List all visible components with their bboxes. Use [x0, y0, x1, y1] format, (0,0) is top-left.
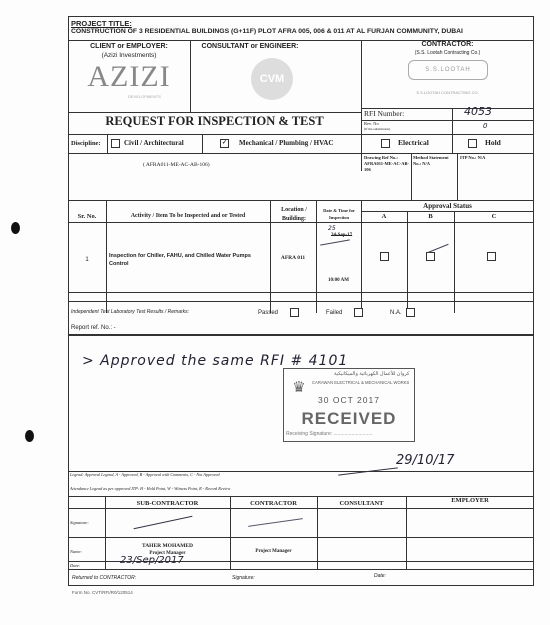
report-ref: Report ref. No.: -: [71, 325, 116, 331]
signoff-row-signature: Signature:: [70, 520, 89, 525]
footer-signature-label: Signature:: [232, 575, 255, 581]
signoff-row-date: Date:: [70, 563, 80, 568]
contractor-title: Project Manager: [230, 549, 317, 554]
rfi-form: PROJECT TITLE: CONSTRUCTION OF 3 RESIDEN…: [68, 16, 534, 600]
approval-b-checkbox-checked[interactable]: [426, 252, 435, 261]
stamp-date: 30 OCT 2017: [284, 395, 414, 405]
signoff-row-name: Name:: [70, 549, 82, 554]
rfi-number-label: RFI Number:: [364, 109, 404, 118]
lab-na[interactable]: N.A.: [390, 308, 419, 317]
discipline-electrical[interactable]: Electrical: [381, 138, 429, 148]
approval-a-checkbox[interactable]: [380, 252, 389, 261]
received-stamp: ♛ كروان للأعمال الكهربائية والميكانيكية …: [283, 368, 415, 442]
lootah-logo-sub: S.S.LOOTAH CONTRACTING CO.: [361, 90, 534, 95]
checkbox-hold[interactable]: [468, 139, 477, 148]
lootah-logo: S.S.LOOTAH: [408, 60, 488, 80]
header-c: C: [454, 213, 534, 220]
checkbox-civil[interactable]: [111, 139, 120, 148]
checkbox-electrical[interactable]: [381, 139, 390, 148]
stamp-signature: Receiving Signature: ...................…: [286, 431, 372, 437]
approval-legend: Legend: Approval Legend, A - Approved, B…: [70, 472, 220, 477]
azizi-logo: AZIZI: [68, 60, 190, 94]
checkbox-mechanical-checked[interactable]: ✓: [220, 139, 229, 148]
project-title: CONSTRUCTION OF 3 RESIDENTIAL BUILDINGS …: [71, 28, 463, 35]
row-time: 10:00 AM: [316, 278, 361, 283]
row-sr: 1: [68, 257, 106, 263]
consultant-label: CONSULTANT or ENGINEER:: [190, 43, 310, 50]
contractor-label: CONTRACTOR:: [361, 41, 534, 48]
header-datetime: Date & Time for Inspection: [319, 207, 359, 221]
attendance-legend: Attendance Legend as per approved ITP: H…: [70, 486, 230, 491]
row-activity: Inspection for Chiller, FAHU, and Chille…: [109, 253, 269, 268]
rev-value: 0: [483, 122, 487, 130]
drawing-ref-label: Drawing Ref No.:: [364, 155, 398, 160]
discipline-hold[interactable]: Hold: [468, 138, 501, 148]
footer-date-label: Date:: [374, 573, 386, 579]
lab-passed-label: Passed: [258, 310, 278, 316]
checkbox-na[interactable]: [406, 308, 415, 317]
itp: ITP No.: N/A: [460, 155, 485, 160]
lab-na-label: N.A.: [390, 310, 402, 316]
cvm-logo-text: CVM: [260, 73, 284, 85]
stamp-company: CARAWAN ELECTRICAL & MECHANICAL WORKS: [312, 380, 409, 385]
checkbox-passed[interactable]: [290, 308, 299, 317]
lootah-logo-text: S.S.LOOTAH: [425, 67, 471, 73]
checkbox-failed[interactable]: [354, 308, 363, 317]
header-b: B: [407, 213, 454, 220]
discipline-electrical-label: Electrical: [398, 138, 429, 147]
header-sr-no: Sr. No.: [68, 213, 106, 220]
punch-hole: [25, 430, 34, 442]
stamp-arabic: كروان للأعمال الكهربائية والميكانيكية: [334, 371, 409, 377]
lab-passed[interactable]: Passed: [258, 308, 303, 317]
method-statement: Method Statement No.: N/A: [413, 155, 457, 167]
approval-status-header: Approval Status: [361, 202, 534, 210]
cvm-logo: CVM: [251, 58, 293, 100]
approval-c-checkbox[interactable]: [487, 252, 496, 261]
form-number: Form No. CVT/RFI/R0/120514: [72, 590, 133, 595]
lab-failed[interactable]: Failed: [326, 308, 367, 317]
project-title-label: PROJECT TITLE:: [71, 19, 132, 28]
remark-signed-date: 29/10/17: [396, 453, 454, 468]
signoff-col-consultant: CONSULTANT: [317, 500, 406, 507]
signoff-col-employer: EMPLOYER: [406, 497, 534, 504]
drawing-ref: AFRA011-ME-AC-AB-106: [364, 161, 410, 173]
itp-value: N/A: [478, 155, 486, 160]
discipline-mechanical[interactable]: ✓Mechanical / Plumbing / HVAC: [220, 139, 333, 148]
stamp-status: RECEIVED: [284, 409, 414, 429]
client-label: CLIENT or EMPLOYER:: [68, 43, 190, 50]
client-name: (Azizi Investments): [68, 52, 190, 59]
discipline-mechanical-label: Mechanical / Plumbing / HVAC: [239, 139, 333, 147]
itp-label: ITP No.:: [460, 155, 477, 160]
rfi-number: 4053: [464, 105, 492, 118]
returned-label: Returned to CONTRACTOR:: [72, 575, 136, 581]
row-date-handwritten: 25: [328, 225, 336, 232]
contractor-name: (S.S. Lootah Contracting Co.): [361, 50, 534, 56]
method-statement-label: Method Statement No.:: [413, 155, 449, 166]
punch-hole: [11, 222, 20, 234]
method-statement-value: N/A: [422, 161, 430, 166]
doc-ref: ( AFRA011-ME-AC-AB-106): [143, 162, 210, 168]
lab-failed-label: Failed: [326, 310, 342, 316]
lab-results-label: Independent Test Laboratory Test Results…: [71, 309, 189, 315]
row-date: 24-Sep-17: [331, 233, 352, 238]
discipline-hold-label: Hold: [485, 138, 501, 147]
rev-label: Rev. No: [364, 121, 379, 126]
signoff-col-contractor: CONTRACTOR: [230, 500, 317, 507]
discipline-civil-label: Civil / Architectural: [124, 139, 184, 147]
header-a: A: [361, 213, 407, 220]
discipline-label: Discipline:: [71, 140, 101, 147]
header-activity: Activity / Item To be Inspected and or T…: [106, 213, 270, 219]
subcontractor-name: TAHER MOHAMED: [105, 543, 230, 549]
signoff-col-subcontractor: SUB-CONTRACTOR: [105, 500, 230, 507]
rev-sublabel: (If Re-submission): [364, 127, 390, 131]
discipline-civil[interactable]: Civil / Architectural: [111, 139, 184, 148]
handwritten-remark: > Approved the same RFI # 4101: [82, 353, 348, 369]
azizi-logo-sub: DEVELOPMENTS: [128, 94, 161, 99]
form-title: REQUEST FOR INSPECTION & TEST: [68, 114, 361, 129]
row-location: AFRA 011: [270, 255, 316, 261]
subcontractor-date: 23/Sep/2017: [120, 555, 184, 566]
